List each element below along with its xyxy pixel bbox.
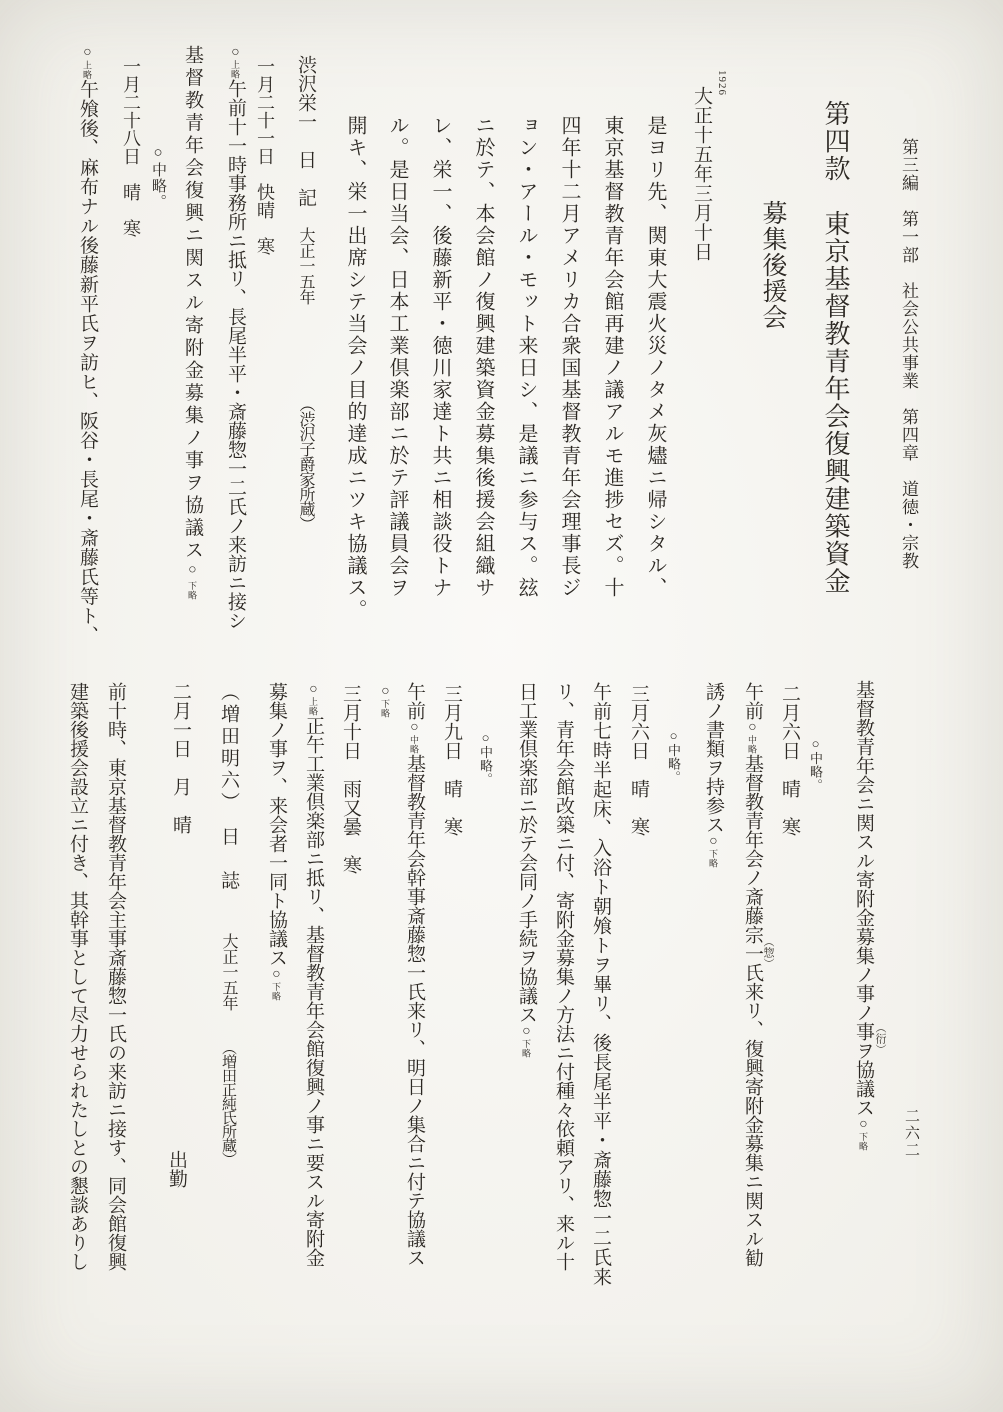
omission-note: 下略 xyxy=(380,699,390,718)
diary-entry-date: 三月九日 晴 寒 xyxy=(442,684,461,836)
omission-line: ○中略。 xyxy=(150,145,165,210)
diary-entry-line: ○上略正午工業倶楽部ニ抵リ、基督教青年会館復興ノ事ニ要スル寄附金 xyxy=(304,682,323,1267)
omission-line: ○下略 xyxy=(377,684,393,718)
omission-note: 中略 xyxy=(409,735,419,754)
diary-entry-line: リ、青年会館改築ニ付、寄附金募集ノ方法ニ付種々依頼アリ、来ル十 xyxy=(554,682,573,1271)
omission-mark: ○ xyxy=(856,1117,871,1132)
intro-column: 四年十二月アメリカ合衆国基督教青年会理事長ジ xyxy=(559,115,579,599)
running-header: 第三編 第一部 社会公共事業 第四章 道徳・宗教 xyxy=(900,138,917,570)
omission-mark: ○ xyxy=(185,563,200,582)
omission-mark: ○ xyxy=(228,45,243,60)
diary-entry-date: 二月一日 月 晴 xyxy=(171,682,190,834)
diary-entry-line: 募集ノ事ヲ、来会者一同ト協議ス○下略 xyxy=(267,682,286,1001)
intro-column: ョン・アール・モット来日シ、是議ニ参与ス。玆 xyxy=(516,115,536,599)
diary-title-text: （増田明六） 日 誌 xyxy=(218,682,239,893)
diary-entry-date: 一月二十一日 快晴 寒 xyxy=(256,57,274,255)
intro-column: レ、栄一、後藤新平・徳川家達ト共ニ相談役トナ xyxy=(430,115,450,599)
entry-text: 基督教青年会復興ニ関スル寄附金募集ノ事ヲ協議ス xyxy=(182,45,203,563)
entry-text: 基督教青年会ニ関スル寄附金募集ノ事ノ事ヲ協議ス xyxy=(853,680,874,1117)
diary-title-masuda: （増田明六） 日 誌大正一五年（増田正純氏所蔵） xyxy=(219,682,238,1166)
omission-mark: ○ xyxy=(745,720,760,735)
diary-entry-line: 午前○中略基督教青年会ノ斎藤宗一氏来リ、復興寄附金募集ニ関スル勧 xyxy=(743,682,762,1267)
omission-mark: ○ xyxy=(378,684,393,699)
diary-entry-date: 三月六日 晴 寒 xyxy=(629,684,648,836)
diary-entry-line: 建築後援会設立ニ付き、其幹事として尽力せられたしとの懇談ありし xyxy=(68,682,87,1271)
section-heading: 第四款 東京基督教青年会復興建築資金 xyxy=(822,100,848,595)
correction-note: （衍） xyxy=(874,1022,885,1055)
omission-mark: ○ xyxy=(306,682,321,697)
diary-entry-line: ○上略午前十一時事務所ニ抵リ、長尾半平・斎藤惣一二氏ノ来訪ニ接シ xyxy=(226,45,245,630)
entry-text: 午前 xyxy=(404,682,425,720)
diary-entry-line: 基督教青年会ニ関スル寄附金募集ノ事ノ事ヲ協議ス○下略 xyxy=(854,680,873,1151)
intro-column: ル。是日当会、日本工業倶楽部ニ於テ評議員会ヲ xyxy=(387,115,407,599)
diary-title-year: 大正一五年 xyxy=(220,933,237,1011)
diary-entry-line: 誘ノ書類ヲ持参ス○下略 xyxy=(704,682,723,868)
correction-note: （惣） xyxy=(762,936,773,969)
diary-entry-line: 日工業倶楽部ニ於テ会同ノ手続ヲ協議ス○下略 xyxy=(517,682,536,1058)
intro-column: 東京基督教青年会館再建ノ議アルモ進捗セズ。十 xyxy=(602,115,622,599)
omission-mark: ○ xyxy=(80,45,95,61)
diary-source-note: （増田正純氏所蔵） xyxy=(220,1040,236,1166)
intro-column: ニ於テ、本会館ノ復興建築資金募集後援会組織サ xyxy=(473,115,493,599)
omission-mark: ○ xyxy=(519,1024,534,1039)
page-number: 二六二 xyxy=(903,1108,918,1159)
omission-line: ○中略。 xyxy=(809,736,822,792)
omission-note: 下略 xyxy=(521,1039,531,1058)
omission-line: ○中略。 xyxy=(479,730,492,786)
intro-column: 是ヨリ先、関東大震火災ノタメ灰燼ニ帰シタル、 xyxy=(645,115,665,599)
omission-note: 下略 xyxy=(271,982,281,1001)
diary-entry-line: 午前○中略基督教青年会幹事斎藤惣一氏来リ、明日ノ集合ニ付テ協議ス xyxy=(405,682,424,1267)
entry-text: 正午工業倶楽部ニ抵リ、基督教青年会館復興ノ事ニ要スル寄附金 xyxy=(303,716,324,1267)
omission-line: ○中略。 xyxy=(667,728,680,784)
omission-note: 上略 xyxy=(82,61,92,80)
attendance-note: 出勤 xyxy=(167,1150,186,1188)
diary-title-year: 大正一五年 xyxy=(297,227,314,305)
omission-note: 中略 xyxy=(747,735,757,754)
entry-text: 基督教青年会幹事斎藤惣一氏来リ、明日ノ集合ニ付テ協議ス xyxy=(404,754,425,1267)
omission-note: 上略 xyxy=(308,697,318,716)
diary-entry-line: 基督教青年会復興ニ関スル寄附金募集ノ事ヲ協議ス○下略 xyxy=(183,45,202,600)
omission-note: 下略 xyxy=(708,849,718,868)
omission-note: 上略 xyxy=(230,60,240,79)
entry-text: 誘ノ書類ヲ持参ス xyxy=(703,682,724,834)
date-heading: 大正十五年三月十日 xyxy=(692,86,711,262)
diary-source-note: （渋沢子爵家所蔵） xyxy=(297,396,314,531)
omission-note: 下略 xyxy=(187,581,197,600)
diary-entry-date: 二月六日 晴 寒 xyxy=(780,684,799,836)
western-year-note: 1926 xyxy=(716,70,727,96)
entry-text: 午前 xyxy=(742,682,763,720)
entry-text: 募集ノ事ヲ、来会者一同ト協議ス xyxy=(266,682,287,967)
omission-note: 下略 xyxy=(858,1132,868,1151)
diary-title-shibusawa: 渋沢栄一 日 記大正一五年（渋沢子爵家所蔵） xyxy=(296,55,315,531)
diary-entry-date: 三月十日 雨又曇 寒 xyxy=(341,684,360,874)
omission-mark: ○ xyxy=(269,967,284,982)
diary-entry-line: 午前七時半起床、入浴ト朝飧トヲ畢リ、後長尾半平・斎藤惣一二氏来 xyxy=(591,682,610,1287)
section-subtitle: 募集後援会 xyxy=(760,200,785,330)
entry-text: 日工業倶楽部ニ於テ会同ノ手続ヲ協議ス xyxy=(516,682,537,1024)
intro-column: 開キ、栄一出席シテ当会ノ目的達成ニツキ協議ス。 xyxy=(345,115,365,621)
omission-mark: ○ xyxy=(706,834,721,849)
omission-mark: ○ xyxy=(407,720,422,735)
diary-title-text: 渋沢栄一 日 記 xyxy=(295,55,316,207)
diary-entry-line: ○上略午飧後、麻布ナル後藤新平氏ヲ訪ヒ、阪谷・長尾・斎藤氏等ト、 xyxy=(78,45,97,645)
entry-text: 午前十一時事務所ニ抵リ、長尾半平・斎藤惣一二氏ノ来訪ニ接シ xyxy=(225,79,246,630)
diary-entry-line: 前十時、東京基督教青年会主事斎藤惣一氏の来訪ニ接す、同会館復興 xyxy=(106,682,125,1271)
diary-entry-date: 一月二十八日 晴 寒 xyxy=(122,57,140,237)
entry-text: 午飧後、麻布ナル後藤新平氏ヲ訪ヒ、阪谷・長尾・斎藤氏等ト、 xyxy=(77,80,98,646)
entry-text: 基督教青年会ノ斎藤宗一氏来リ、復興寄附金募集ニ関スル勧 xyxy=(742,754,763,1267)
